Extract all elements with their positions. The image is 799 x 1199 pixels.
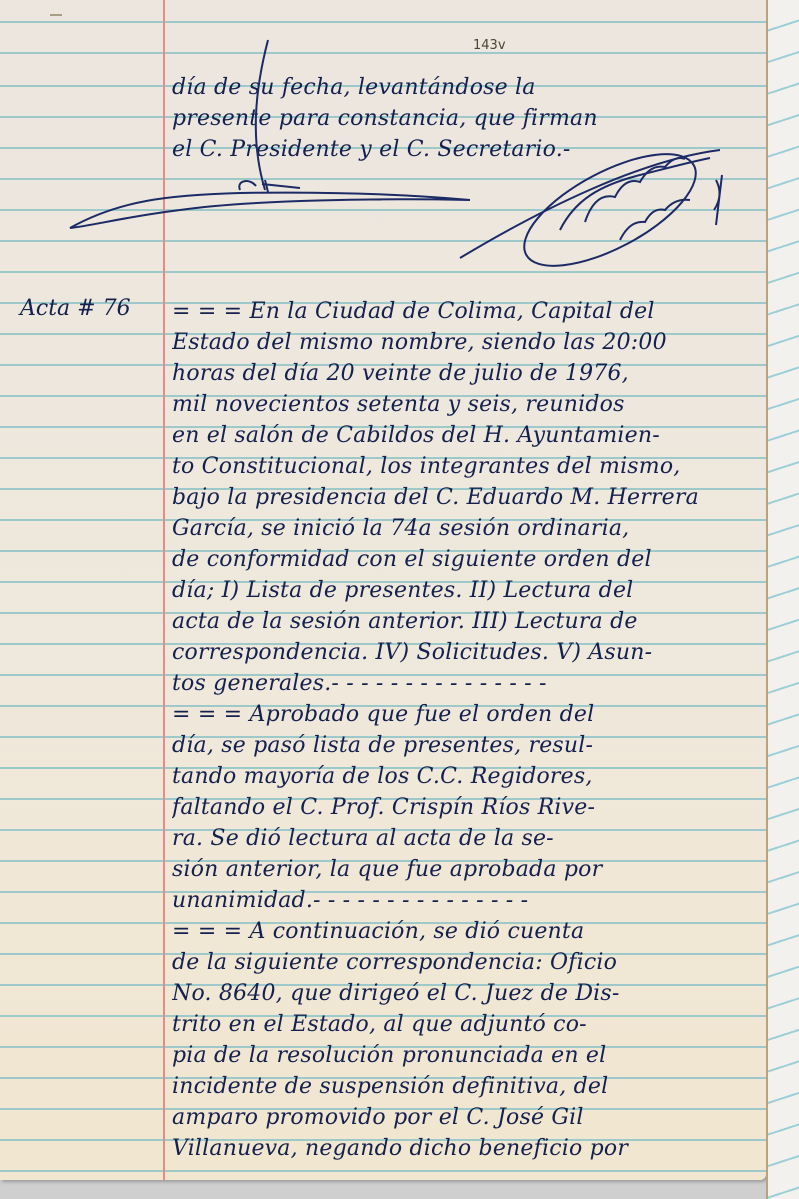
act-line: Estado del mismo nombre, siendo las 20:0…	[172, 327, 762, 358]
act-line: día; I) Lista de presentes. II) Lectura …	[172, 575, 762, 606]
act-line: mil novecientos setenta y seis, reunidos	[172, 389, 762, 420]
signatures	[0, 0, 766, 300]
act-line: = = = En la Ciudad de Colima, Capital de…	[172, 296, 762, 327]
ledger-page: 143v día de su fecha, levantándose la pr…	[0, 0, 766, 1180]
act-line: amparo promovido por el C. José Gil	[172, 1102, 762, 1133]
act-line: tos generales.- - - - - - - - - - - - - …	[172, 668, 762, 699]
act-line: día, se pasó lista de presentes, resul-	[172, 730, 762, 761]
act-line: horas del día 20 veinte de julio de 1976…	[172, 358, 762, 389]
act-line: unanimidad.- - - - - - - - - - - - - - -	[172, 885, 762, 916]
act-line: en el salón de Cabildos del H. Ayuntamie…	[172, 420, 762, 451]
act-body: = = = En la Ciudad de Colima, Capital de…	[172, 296, 762, 1164]
act-line: acta de la sesión anterior. III) Lectura…	[172, 606, 762, 637]
act-line: de la siguiente correspondencia: Oficio	[172, 947, 762, 978]
act-line: correspondencia. IV) Solicitudes. V) Asu…	[172, 637, 762, 668]
act-line: faltando el C. Prof. Crispín Ríos Rive-	[172, 792, 762, 823]
adjacent-page-edge	[766, 0, 799, 1199]
act-line: pia de la resolución pronunciada en el	[172, 1040, 762, 1071]
act-line: = = = A continuación, se dió cuenta	[172, 916, 762, 947]
act-line: ra. Se dió lectura al acta de la se-	[172, 823, 762, 854]
act-line: sión anterior, la que fue aprobada por	[172, 854, 762, 885]
signature-presidente	[70, 40, 470, 228]
act-line: tando mayoría de los C.C. Regidores,	[172, 761, 762, 792]
act-line: García, se inició la 74a sesión ordinari…	[172, 513, 762, 544]
act-line: = = = Aprobado que fue el orden del	[172, 699, 762, 730]
act-line: de conformidad con el siguiente orden de…	[172, 544, 762, 575]
act-number-label: Acta # 76	[20, 296, 131, 321]
act-line: trito en el Estado, al que adjuntó co-	[172, 1009, 762, 1040]
act-line: Villanueva, negando dicho beneficio por	[172, 1133, 762, 1164]
act-line: to Constitucional, los integrantes del m…	[172, 451, 762, 482]
act-line: No. 8640, que dirigeó el C. Juez de Dis-	[172, 978, 762, 1009]
act-line: bajo la presidencia del C. Eduardo M. He…	[172, 482, 762, 513]
act-line: incidente de suspensión definitiva, del	[172, 1071, 762, 1102]
signature-secretario	[460, 132, 722, 288]
